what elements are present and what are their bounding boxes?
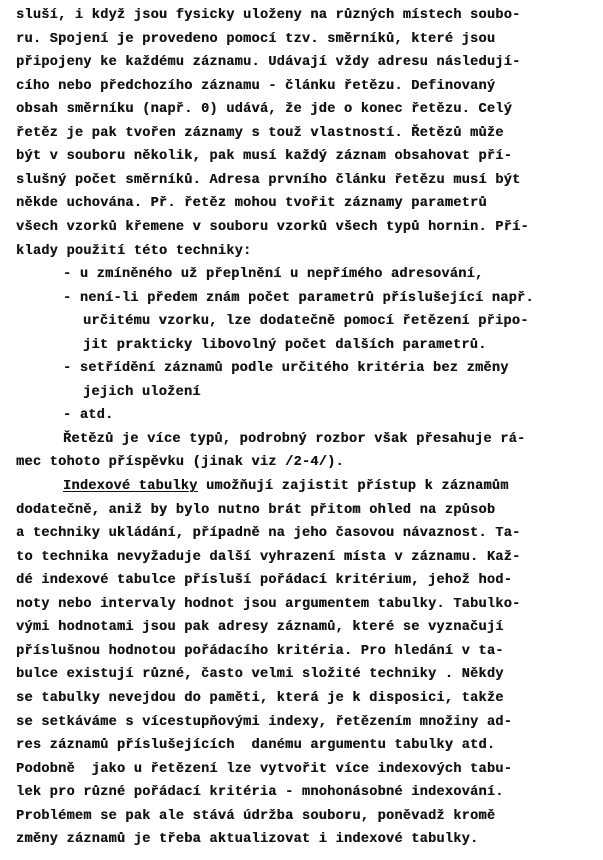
text-line: Podobně jako u řetězení lze vytvořit víc… xyxy=(16,762,512,778)
text-line: to technika nevyžaduje další vyhrazení m… xyxy=(16,550,520,566)
text-line: jit prakticky libovolný počet dalších pa… xyxy=(83,338,487,354)
text-line: příslušnou hodnotou pořádacího kritéria.… xyxy=(16,644,504,660)
text-line: se tabulky nevejdou do paměti, která je … xyxy=(16,691,504,707)
text-line: jejich uložení xyxy=(83,385,201,401)
text-line: řetěz je pak tvořen záznamy s touž vlast… xyxy=(16,126,504,142)
text-line: - setřídění záznamů podle určitého krité… xyxy=(63,361,509,377)
text-line: dé indexové tabulce přísluší pořádací kr… xyxy=(16,573,512,589)
text-line: mec tohoto příspěvku (jinak viz /2-4/). xyxy=(16,455,344,471)
text-line: určitému vzorku, lze dodatečně pomocí ře… xyxy=(83,314,529,330)
line-text: umožňují zajistit přístup k záznamům xyxy=(206,479,509,494)
text-line: se setkáváme s vícestupňovými indexy, ře… xyxy=(16,715,512,731)
text-line: bulce existují různé, často velmi složit… xyxy=(16,667,504,683)
text-line: a techniky ukládání, případně na jeho ča… xyxy=(16,526,520,542)
text-line: Indexové tabulky umožňují zajistit příst… xyxy=(63,479,509,495)
typewritten-page: sluší, i když jsou fysicky uloženy na rů… xyxy=(0,0,603,860)
text-line: lek pro různé pořádací kritéria - mnohon… xyxy=(16,785,504,801)
text-line: být v souboru několik, pak musí každý zá… xyxy=(16,149,512,165)
text-line: - u zmíněného už přeplnění u nepřímého a… xyxy=(63,267,483,283)
text-line: res záznamů příslušejících danému argume… xyxy=(16,738,495,754)
text-line: někde uchována. Př. řetěz mohou tvořit z… xyxy=(16,196,487,212)
text-line: změny záznamů je třeba aktualizovat i in… xyxy=(16,832,478,848)
text-line: - není-li předem znám počet parametrů př… xyxy=(63,291,534,307)
text-line: noty nebo intervaly hodnot jsou argument… xyxy=(16,597,520,613)
text-line: všech vzorků křemene v souboru vzorků vš… xyxy=(16,220,529,236)
underlined-term: Indexové tabulky xyxy=(63,479,198,494)
text-line: sluší, i když jsou fysicky uloženy na rů… xyxy=(16,8,520,24)
text-line: klady použití této techniky: xyxy=(16,244,251,260)
text-line: připojeny ke každému záznamu. Udávají vž… xyxy=(16,55,520,71)
text-line: - atd. xyxy=(63,408,113,424)
text-line: dodatečně, aniž by bylo nutno brát přito… xyxy=(16,503,495,519)
text-line: cího nebo předchozího záznamu - článku ř… xyxy=(16,79,495,95)
text-line: ru. Spojení je provedeno pomocí tzv. smě… xyxy=(16,32,495,48)
text-line: vými hodnotami jsou pak adresy záznamů, … xyxy=(16,620,504,636)
text-line: Problémem se pak ale stává údržba soubor… xyxy=(16,809,495,825)
text-line: slušný počet směrníků. Adresa prvního čl… xyxy=(16,173,520,189)
text-line: Řetězů je více typů, podrobný rozbor vša… xyxy=(63,432,525,448)
text-line: obsah směrníku (např. 0) udává, že jde o… xyxy=(16,102,512,118)
